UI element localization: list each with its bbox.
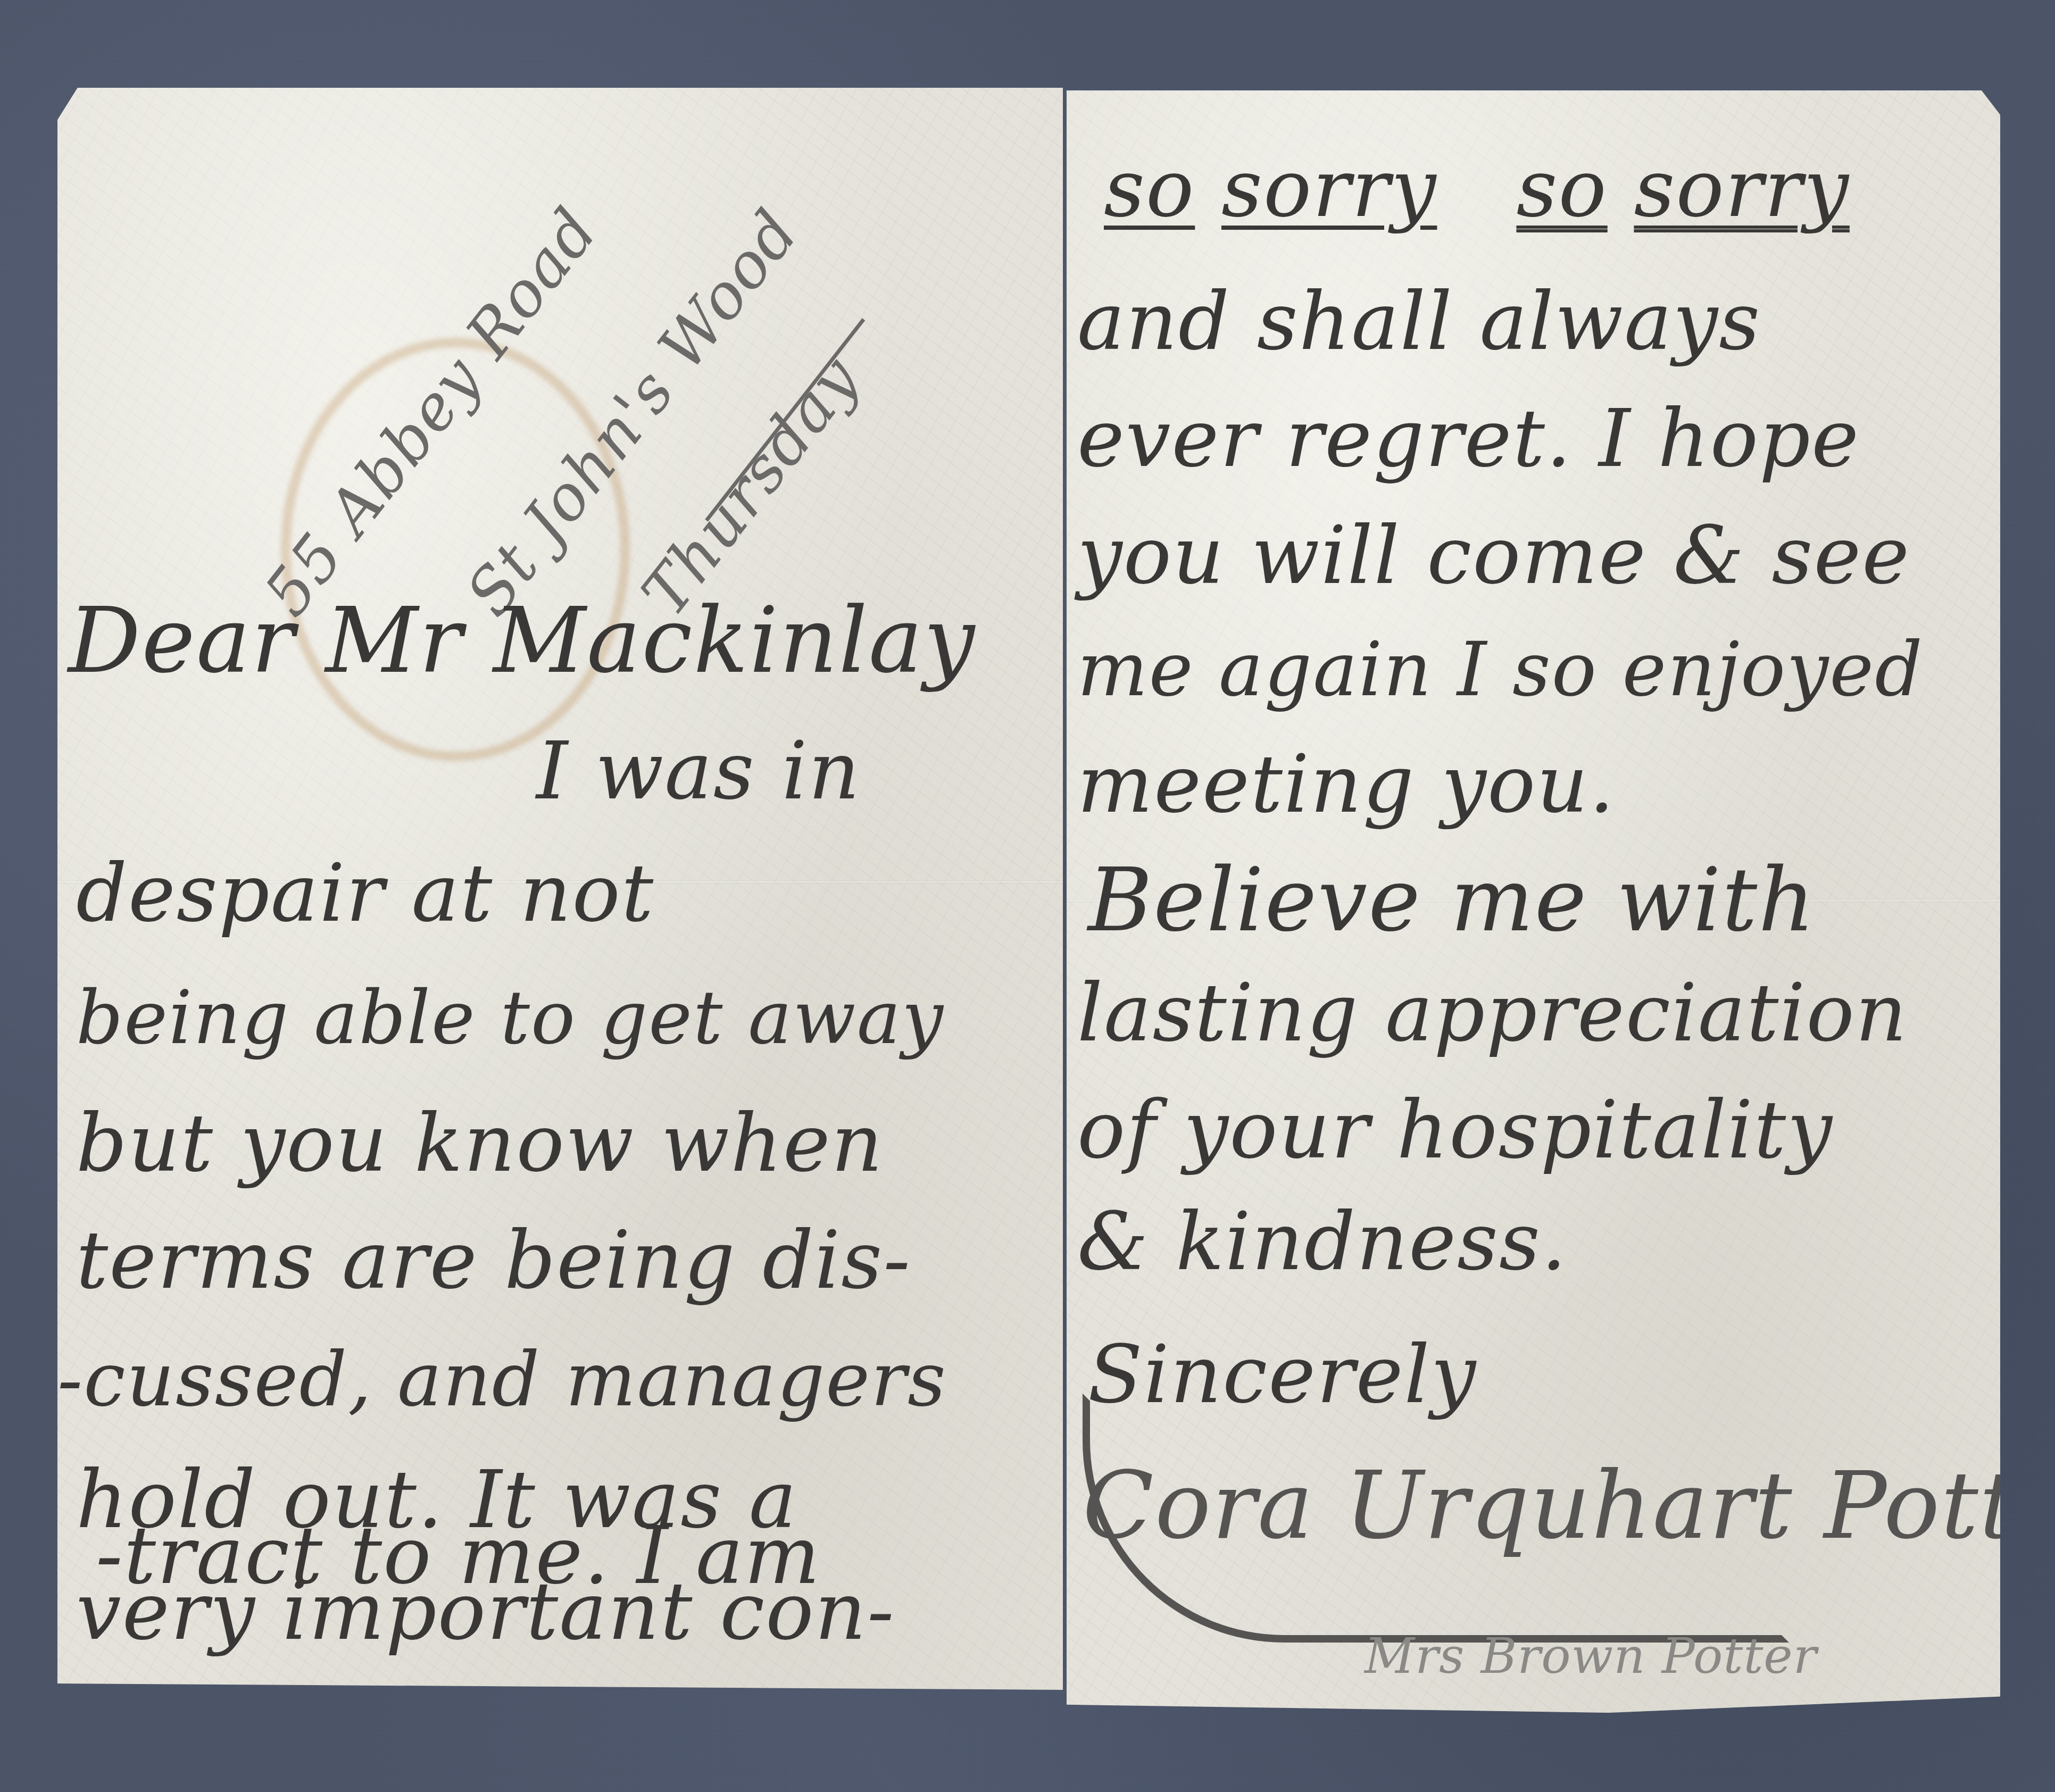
body-line: ever regret. I hope — [1077, 399, 1860, 479]
body-line: -tract to me. I am — [96, 1516, 821, 1596]
body-line: and shall always — [1077, 282, 1761, 362]
body-line: terms are being dis- — [76, 1221, 911, 1301]
body-line: you will come & see — [1077, 516, 1910, 596]
closing-line: lasting appreciation — [1077, 973, 1908, 1053]
body-line: me again I so enjoyed — [1077, 633, 1924, 707]
body-line: being able to get away — [76, 981, 944, 1055]
signature-flourish — [1083, 1394, 1789, 1643]
emphasis-word-sorry-2: sorry — [1634, 143, 1849, 235]
body-line: meeting you. — [1077, 745, 1616, 824]
closing-line: of your hospitality — [1077, 1090, 1833, 1170]
closing-line: Believe me with — [1088, 856, 1816, 944]
letter-page-right: so sorry so sorry and shall always ever … — [1067, 90, 2000, 1713]
body-line: but you know when — [76, 1104, 884, 1183]
emphasis-line: so sorry so sorry — [1104, 149, 1850, 229]
emphasis-word-sorry: sorry — [1221, 143, 1437, 235]
body-line: I was in — [536, 731, 861, 811]
body-line: despair at not — [76, 854, 654, 933]
closing-line: & kindness. — [1077, 1202, 1568, 1282]
letter-page-left: 55 Abbey Road St John's Wood Thursday De… — [57, 88, 1063, 1690]
pencil-annotation: Mrs Brown Potter — [1365, 1628, 1817, 1685]
emphasis-word-so-2: so — [1516, 143, 1607, 235]
salutation: Dear Mr Mackinlay — [68, 596, 976, 686]
body-line: -cussed, and managers — [57, 1343, 947, 1418]
emphasis-word-so: so — [1104, 143, 1195, 235]
